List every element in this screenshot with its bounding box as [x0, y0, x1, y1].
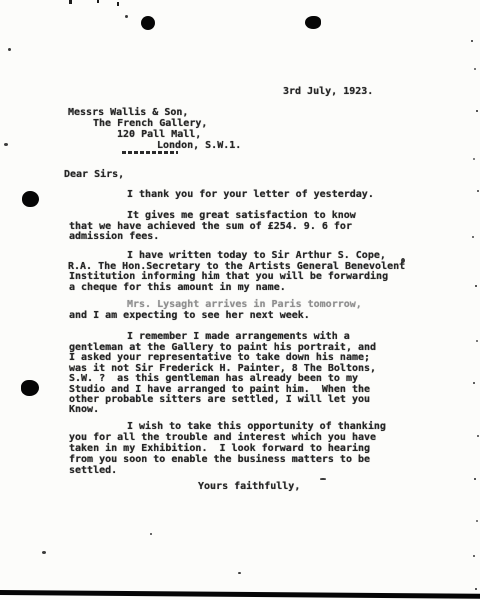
- scan-speck: [117, 2, 119, 6]
- recipient-line: The French Gallery,: [93, 118, 207, 129]
- body-line: Know.: [69, 404, 99, 415]
- body-line: settled.: [69, 465, 117, 476]
- body-line: you for all the trouble and interest whi…: [69, 432, 376, 443]
- salutation: Dear Sirs,: [64, 169, 124, 180]
- body-line: from you soon to enable the business mat…: [69, 454, 370, 465]
- body-line: I asked your representative to take down…: [69, 352, 370, 363]
- body-line: I have written today to Sir Arthur S. Co…: [127, 250, 386, 261]
- closing: Yours faithfully,: [198, 481, 300, 492]
- hole-punch-mark: [22, 191, 39, 207]
- body-line: I remember I made arrangements with a: [127, 331, 350, 342]
- body-line: Mrs. Lysaght arrives in Paris tomorrow,: [127, 299, 362, 310]
- scan-speck: [97, 0, 99, 3]
- letter-date: 3rd July, 1923.: [283, 86, 373, 97]
- scan-speck: [69, 0, 72, 4]
- hole-punch-mark: [141, 16, 155, 30]
- body-line: and I am expecting to see her next week.: [69, 310, 310, 321]
- body-line: Institution informing him that you will …: [69, 271, 388, 282]
- scan-edge-noise: [471, 40, 473, 42]
- scan-speck: [4, 143, 8, 146]
- address-underline-dashes: [122, 151, 178, 154]
- body-line: It gives me great satisfaction to know: [127, 210, 356, 221]
- scan-speck: [320, 478, 326, 480]
- recipient-line: Messrs Wallis & Son,: [68, 107, 188, 118]
- scan-speck: [8, 48, 11, 51]
- recipient-line: 120 Pall Mall,: [117, 129, 201, 140]
- bottom-scan-band: [0, 590, 480, 599]
- body-line: admission fees.: [69, 231, 159, 242]
- body-line: I thank you for your letter of yesterday…: [127, 189, 374, 200]
- body-line: other probable sitters are settled, I wi…: [69, 394, 370, 405]
- body-line: taken in my Exhibition. I look forward t…: [69, 443, 370, 454]
- body-line: S.W. ? as this gentleman has already bee…: [69, 373, 358, 384]
- body-line: I wish to take this opportunity of thank…: [127, 421, 386, 432]
- hole-punch-mark: [305, 16, 321, 29]
- recipient-line: London, S.W.1.: [157, 140, 241, 151]
- scan-speck: [150, 533, 152, 535]
- scan-speck: [238, 572, 241, 574]
- scan-speck: [42, 551, 46, 554]
- hole-punch-mark: [21, 380, 39, 396]
- letter-scan: 3rd July, 1923. Messrs Wallis & Son, The…: [0, 0, 480, 600]
- body-line: a cheque for this amount in my name.: [69, 282, 286, 293]
- scan-speck: [125, 15, 128, 18]
